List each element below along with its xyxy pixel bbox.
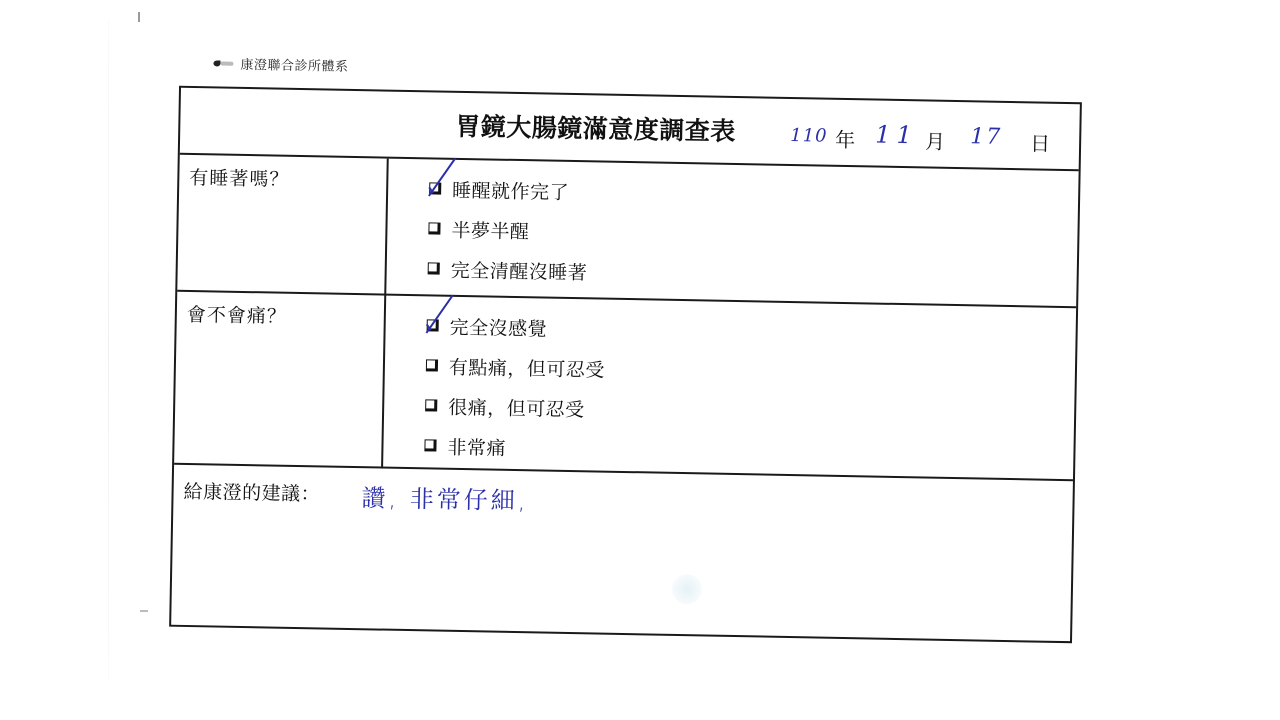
option-item[interactable]: 睡醒就作完了	[429, 168, 589, 211]
scanned-page: 康澄聯合診所體系 胃鏡大腸鏡滿意度調查表 110 年 11 月 17 日 有睡著…	[0, 0, 1280, 720]
option-label: 完全沒感覺	[449, 312, 547, 341]
option-list: 完全沒感覺 有點痛，但可忍受 很痛，但可忍受 非常痛	[424, 305, 606, 468]
form-title: 胃鏡大腸鏡滿意度調查表	[455, 107, 736, 148]
question-row-sleep: 有睡著嗎？ 睡醒就作完了 半夢半醒 完全清醒沒睡著	[177, 155, 1078, 308]
question-label: 有睡著嗎？	[189, 163, 289, 192]
checkbox-icon[interactable]	[424, 439, 436, 451]
date-day-label: 日	[1030, 127, 1051, 156]
clinic-header: 康澄聯合診所體系	[213, 53, 348, 74]
option-label: 非常痛	[447, 432, 506, 460]
clinic-logo-icon	[213, 59, 235, 67]
checkbox-icon[interactable]	[428, 222, 440, 234]
option-item[interactable]: 半夢半醒	[428, 208, 588, 251]
option-label: 有點痛，但可忍受	[449, 352, 605, 382]
date-year-value[interactable]: 110	[790, 125, 828, 147]
checkbox-checked-icon[interactable]	[427, 319, 439, 331]
option-item[interactable]: 完全沒感覺	[426, 305, 606, 348]
option-item[interactable]: 非常痛	[424, 425, 604, 468]
survey-form: 康澄聯合診所體系 胃鏡大腸鏡滿意度調查表 110 年 11 月 17 日 有睡著…	[169, 86, 1082, 643]
checkbox-icon[interactable]	[428, 262, 440, 274]
option-list: 睡醒就作完了 半夢半醒 完全清醒沒睡著	[427, 168, 589, 291]
date-month-value[interactable]: 11	[875, 121, 918, 150]
suggestion-row: 給康澄的建議： 讚, 非常仔細,	[171, 465, 1073, 641]
option-label: 完全清醒沒睡著	[450, 255, 587, 284]
option-item[interactable]: 完全清醒沒睡著	[427, 248, 587, 291]
option-item[interactable]: 有點痛，但可忍受	[426, 345, 606, 388]
suggestion-label: 給康澄的建議：	[183, 477, 320, 506]
option-label: 睡醒就作完了	[452, 175, 569, 204]
scan-edge-shadow	[108, 20, 109, 680]
date-year-label: 年	[835, 124, 856, 153]
scan-artifact-mark	[140, 610, 148, 612]
clinic-name: 康澄聯合診所體系	[240, 54, 348, 75]
checkbox-checked-icon[interactable]	[429, 182, 441, 194]
date-month-label: 月	[925, 125, 946, 154]
question-row-pain: 會不會痛？ 完全沒感覺 有點痛，但可忍受 很痛，但可忍受	[174, 292, 1076, 481]
survey-table: 胃鏡大腸鏡滿意度調查表 110 年 11 月 17 日 有睡著嗎？ 睡醒就作完了	[169, 86, 1082, 643]
option-item[interactable]: 很痛，但可忍受	[425, 385, 605, 428]
checkbox-icon[interactable]	[426, 359, 438, 371]
option-label: 半夢半醒	[451, 215, 529, 243]
checkbox-icon[interactable]	[425, 399, 437, 411]
scan-smudge	[672, 574, 703, 605]
option-label: 很痛，但可忍受	[448, 392, 585, 421]
suggestion-handwritten-text[interactable]: 讚, 非常仔細,	[361, 478, 529, 516]
question-label: 會不會痛？	[187, 300, 287, 329]
scan-artifact-mark	[138, 12, 140, 22]
date-day-value[interactable]: 17	[970, 124, 1002, 150]
